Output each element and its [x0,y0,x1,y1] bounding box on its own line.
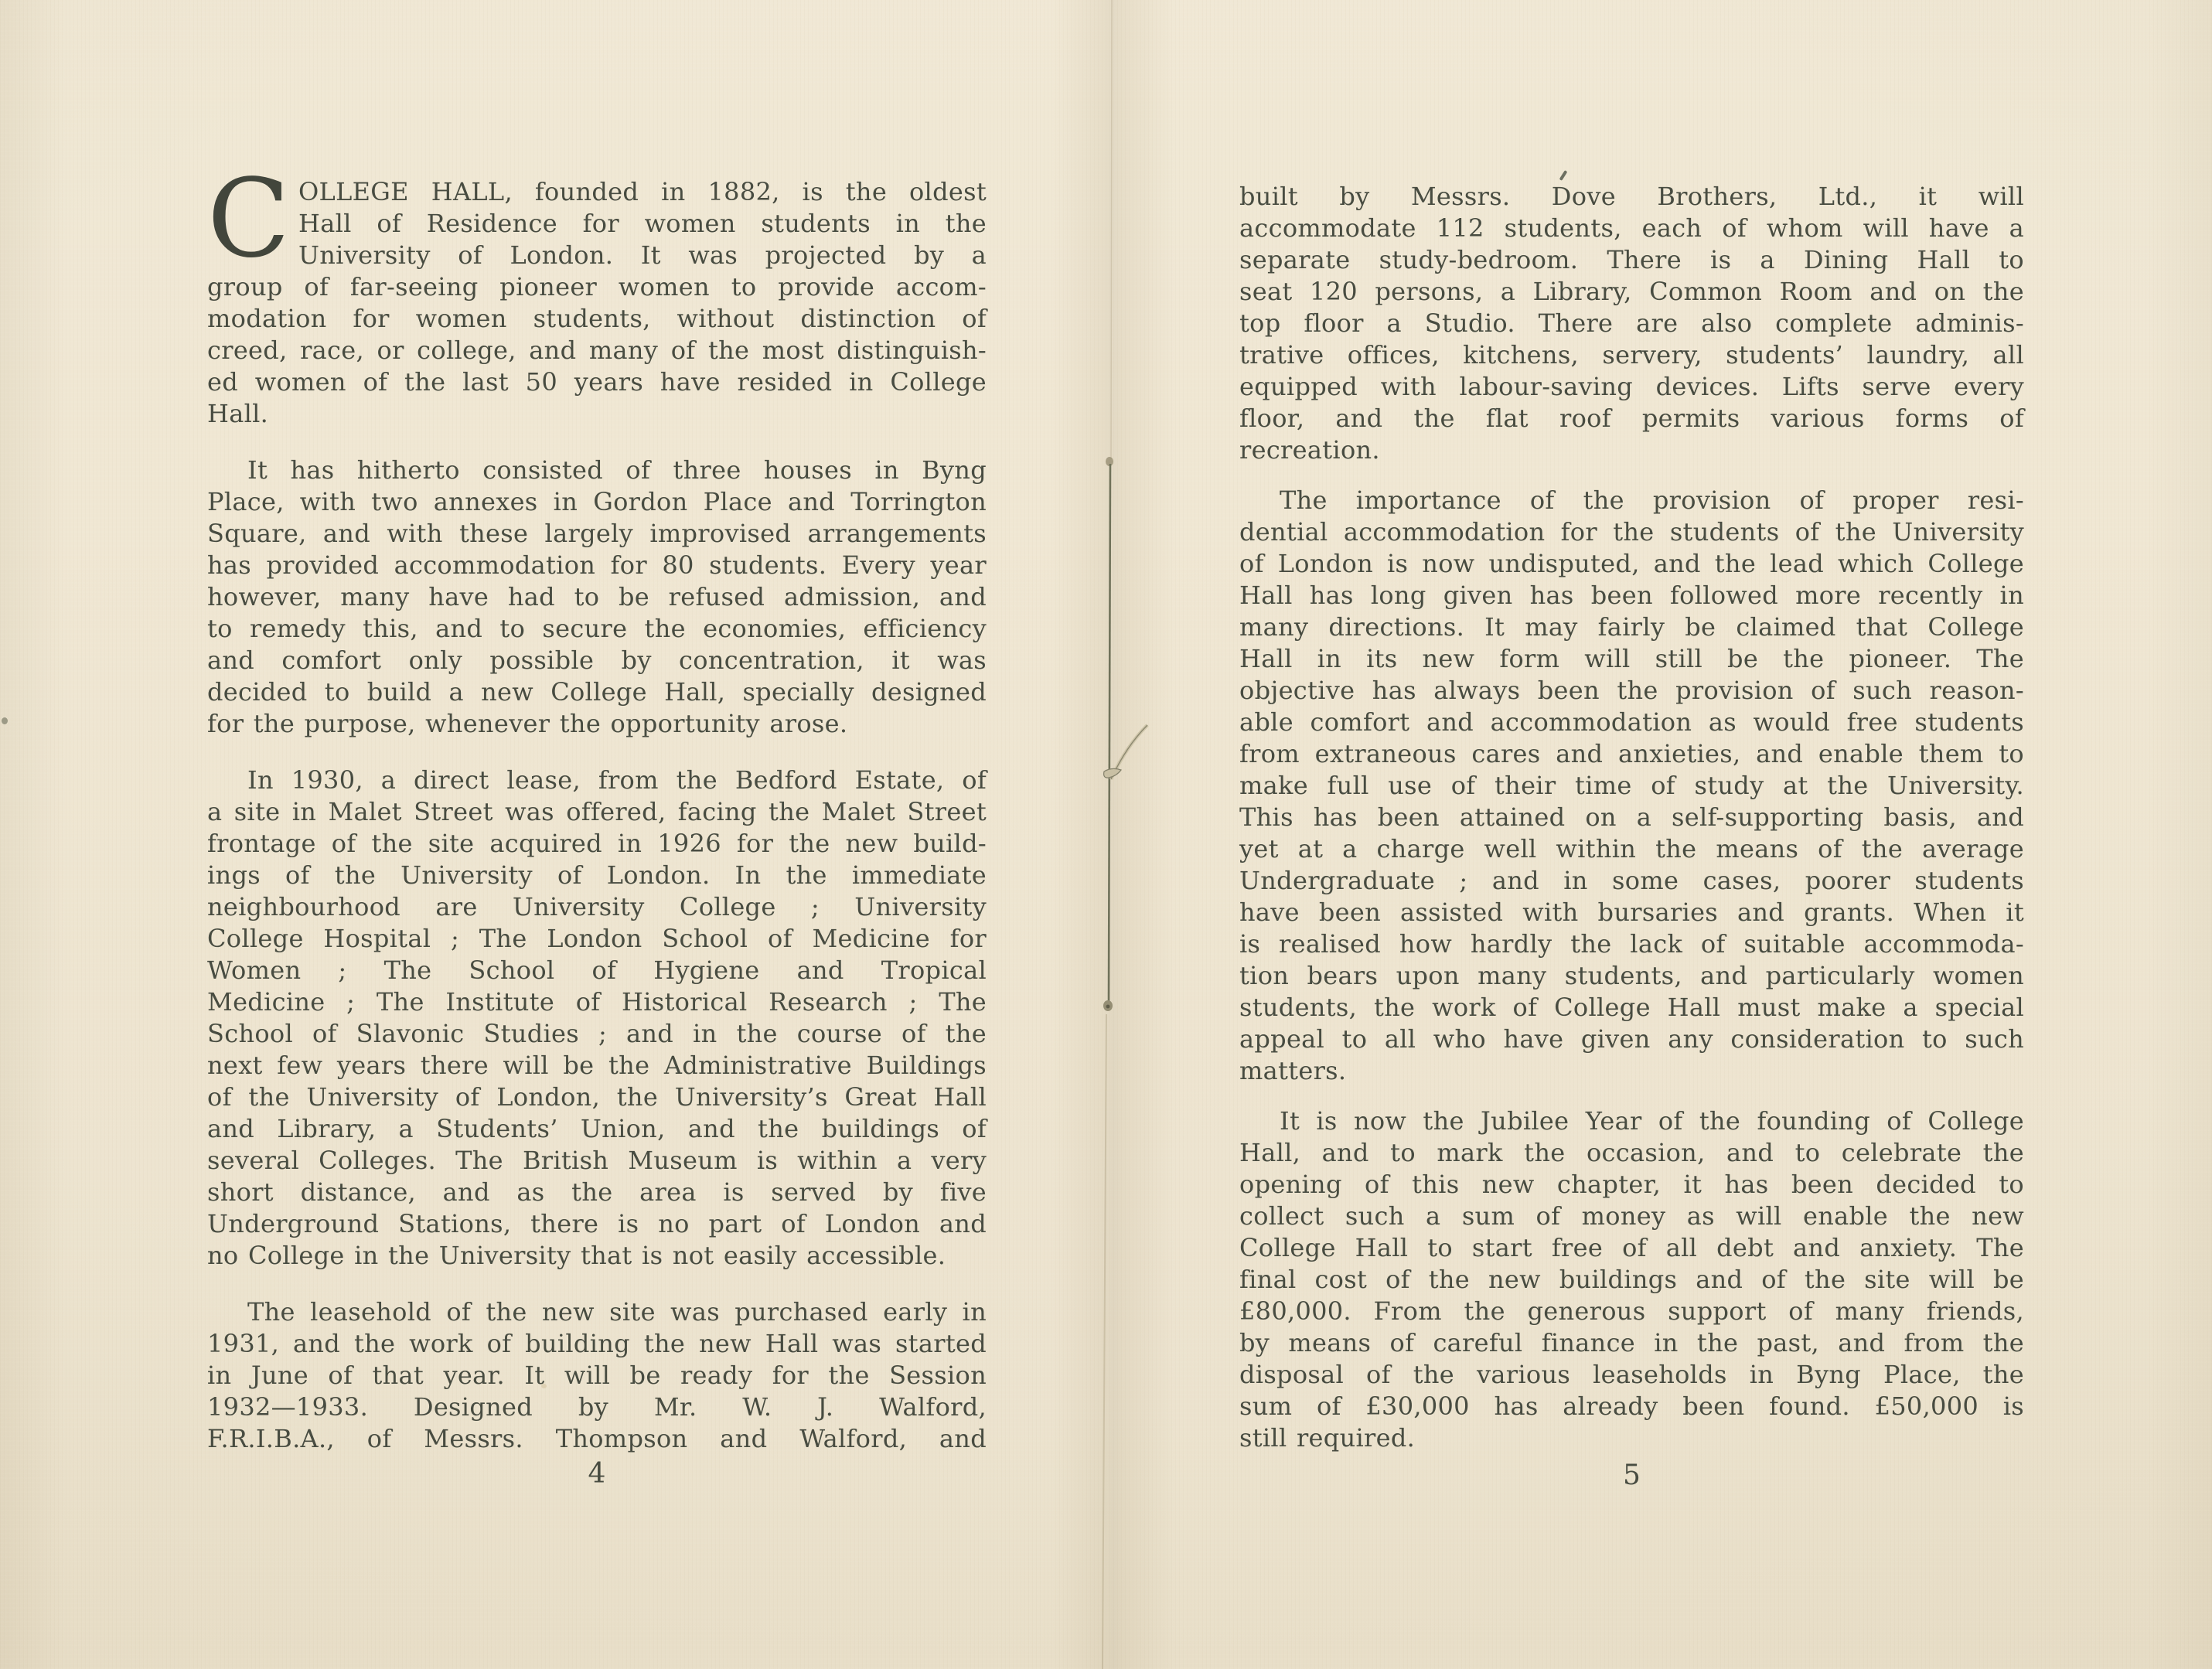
text-line: equipped with labour-saving devices. Lif… [1239,371,2024,403]
thread-main [1109,464,1110,1002]
text-line: top floor a Studio. There are also compl… [1239,308,2024,339]
text-line: College Hospital ; The London School of … [207,923,987,955]
text-line: School of Slavonic Studies ; and in the … [207,1018,987,1050]
text-line: 1932—1933. Designed by Mr. W. J. Walford… [207,1391,987,1423]
text-line: In 1930, a direct lease, from the Bedfor… [207,765,987,796]
ink-speck-above-dove [1559,170,1568,181]
text-line: next few years there will be the Adminis… [207,1050,987,1081]
text-line: yet at a charge well within the means of… [1239,833,2024,865]
paragraph: The leasehold of the new site was purcha… [207,1296,987,1455]
text-line: ed women of the last 50 years have resid… [207,366,987,398]
text-line: Undergraduate ; and in some cases, poore… [1239,865,2024,897]
text-line: dential accommodation for the students o… [1239,516,2024,548]
gutter-crease [1051,0,1175,1669]
stitch-hole-bottom-center [1106,1005,1110,1009]
text-line: group of far-seeing pioneer women to pro… [207,271,987,303]
text-line: in June of that year. It will be ready f… [207,1360,987,1391]
text-line: accommodate 112 students, each of whom w… [1239,213,2024,244]
fold-line-bottom [1103,1014,1106,1669]
text-line: creed, race, or college, and many of the… [207,335,987,366]
text-line: 1931, and the work of building the new H… [207,1328,987,1360]
text-line: modation for women students, without dis… [207,303,987,335]
drop-cap-letter: C [207,176,298,266]
text-line: Hall in its new form will still be the p… [1239,643,2024,675]
text-line: trative offices, kitchens, servery, stud… [1239,339,2024,371]
scanned-booklet-spread: { "document": { "paper_color": "#efe6d1"… [0,0,2212,1669]
stitch-hole-top [1106,457,1113,466]
text-line: College Hall to start free of all debt a… [1239,1232,2024,1264]
text-line: sum of £30,000 has already been found. £… [1239,1391,2024,1422]
text-line: tion bears upon many students, and parti… [1239,960,2024,992]
text-line: decided to build a new College Hall, spe… [207,676,987,708]
thread-loose-end-shadow [1111,725,1147,779]
text-line: and Library, a Students’ Union, and the … [207,1113,987,1145]
text-line: OLLEGE HALL, founded in 1882, is the old… [207,176,987,208]
text-line: built by Messrs. Dove Brothers, Ltd., it… [1239,181,2024,213]
text-line: objective has always been the provision … [1239,675,2024,707]
text-line: of London is now undisputed, and the lea… [1239,548,2024,580]
thread-knot [1104,768,1121,778]
text-line: final cost of the new buildings and of t… [1239,1264,2024,1296]
text-line: matters. [1239,1055,2024,1087]
text-line: Hall of Residence for women students in … [207,208,987,240]
text-line: for the purpose, whenever the opportunit… [207,708,987,740]
stitch-hole-bottom [1103,1000,1113,1011]
text-line: University of London. It was projected b… [207,240,987,271]
text-line: to remedy this, and to secure the econom… [207,613,987,645]
text-line: F.R.I.B.A., of Messrs. Thompson and Walf… [207,1423,987,1455]
text-line: Underground Stations, there is no part o… [207,1208,987,1240]
text-line: Square, and with these largely improvise… [207,518,987,550]
paragraph: In 1930, a direct lease, from the Bedfor… [207,765,987,1272]
text-line: a site in Malet Street was offered, faci… [207,796,987,828]
text-line: Hall. [207,398,987,430]
left-page-text: COLLEGE HALL, founded in 1882, is the ol… [207,176,987,1455]
paragraph: The importance of the provision of prope… [1239,485,2024,1087]
paper-speck [2,717,8,724]
text-line: from extraneous cares and anxieties, and… [1239,738,2024,770]
text-line: able comfort and accommodation as would … [1239,707,2024,738]
text-line: This has been attained on a self-support… [1239,802,2024,833]
text-line: The importance of the provision of prope… [1239,485,2024,516]
text-line: still required. [1239,1422,2024,1454]
text-line: Women ; The School of Hygiene and Tropic… [207,955,987,986]
text-line: have been assisted with bursaries and gr… [1239,897,2024,928]
text-line: separate study-bedroom. There is a Dinin… [1239,244,2024,276]
text-line: collect such a sum of money as will enab… [1239,1201,2024,1232]
text-line: however, many have had to be refused adm… [207,581,987,613]
text-line: short distance, and as the area is serve… [207,1177,987,1208]
text-line: It is now the Jubilee Year of the foundi… [1239,1105,2024,1137]
text-line: no College in the University that is not… [207,1240,987,1272]
text-line: Place, with two annexes in Gordon Place … [207,486,987,518]
right-page-number: 5 [1239,1460,2024,1491]
text-line: is realised how hardly the lack of suita… [1239,928,2024,960]
text-line: Hall has long given has been followed mo… [1239,580,2024,611]
paragraph: built by Messrs. Dove Brothers, Ltd., it… [1239,181,2024,466]
text-line: has provided accommodation for 80 studen… [207,550,987,581]
text-line: and comfort only possible by concentrati… [207,645,987,676]
text-line: seat 120 persons, a Library, Common Room… [1239,276,2024,308]
right-page-text: built by Messrs. Dove Brothers, Ltd., it… [1239,181,2024,1454]
paragraph: It is now the Jubilee Year of the foundi… [1239,1105,2024,1454]
fold-line-top [1111,0,1112,459]
text-line: disposal of the various leaseholds in By… [1239,1359,2024,1391]
text-line: floor, and the flat roof permits various… [1239,403,2024,434]
text-line: The leasehold of the new site was purcha… [207,1296,987,1328]
left-page-number: 4 [207,1458,987,1490]
text-line: Medicine ; The Institute of Historical R… [207,986,987,1018]
paragraph: COLLEGE HALL, founded in 1882, is the ol… [207,176,987,430]
text-line: recreation. [1239,434,2024,466]
text-line: many directions. It may fairly be claime… [1239,611,2024,643]
text-line: opening of this new chapter, it has been… [1239,1169,2024,1201]
text-line: students, the work of College Hall must … [1239,992,2024,1024]
text-line: by means of careful finance in the past,… [1239,1327,2024,1359]
text-line: several Colleges. The British Museum is … [207,1145,987,1177]
text-line: make full use of their time of study at … [1239,770,2024,802]
text-line: of the University of London, the Univers… [207,1081,987,1113]
text-line: neighbourhood are University College ; U… [207,891,987,923]
text-line: appeal to all who have given any conside… [1239,1024,2024,1055]
text-line: Hall, and to mark the occasion, and to c… [1239,1137,2024,1169]
text-line: It has hitherto consisted of three house… [207,455,987,486]
text-line: ings of the University of London. In the… [207,860,987,891]
thread-loose-end [1111,725,1147,779]
text-line: £80,000. From the generous support of ma… [1239,1296,2024,1327]
text-line: frontage of the site acquired in 1926 fo… [207,828,987,860]
paragraph: It has hitherto consisted of three house… [207,455,987,740]
